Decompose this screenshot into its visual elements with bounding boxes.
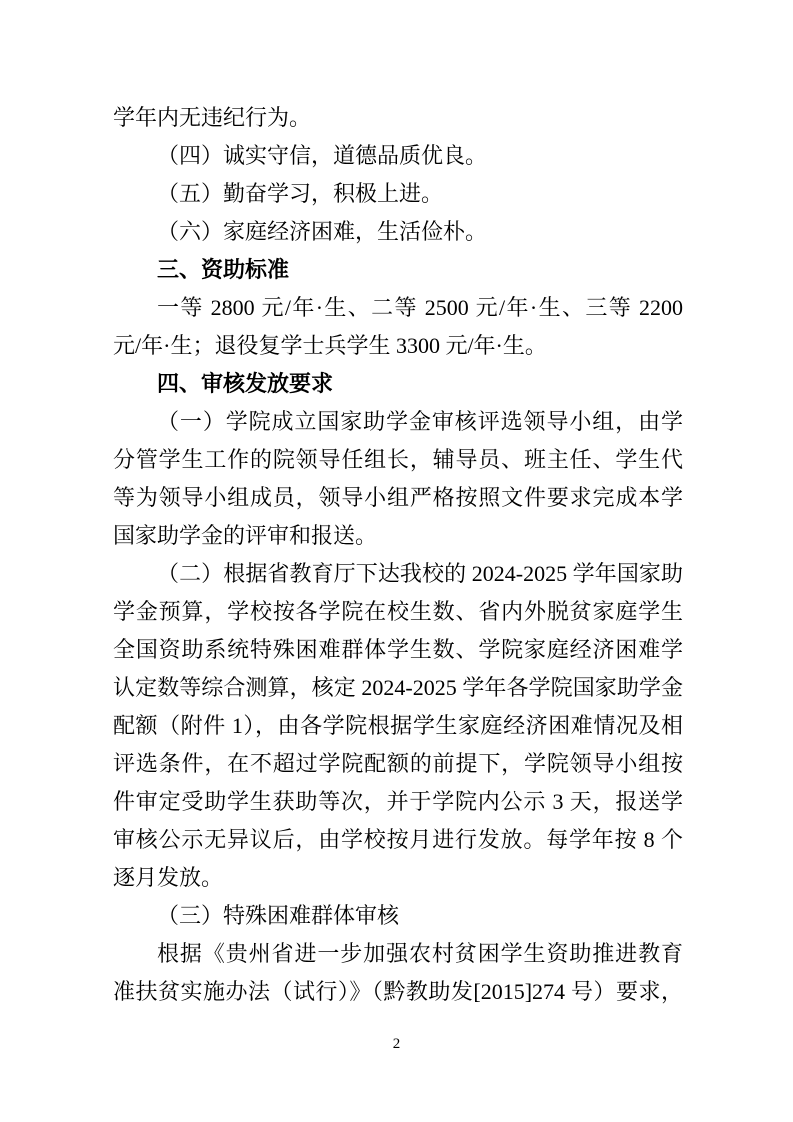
document-page-body: 学年内无违纪行为。 （四）诚实守信，道德品质优良。 （五）勤奋学习，积极上进。 …	[113, 99, 683, 1011]
text-line: （五）勤奋学习，积极上进。	[113, 175, 683, 213]
text-line: （四）诚实守信，道德品质优良。	[113, 137, 683, 175]
text-line: 元/年·生；退役复学士兵学生 3300 元/年·生。	[113, 327, 683, 365]
text-line: 全国资助系统特殊困难群体学生数、学院家庭经济困难学生	[113, 631, 683, 669]
page-number: 2	[0, 1034, 793, 1054]
text-line: 等为领导小组成员，领导小组严格按照文件要求完成本学院	[113, 479, 683, 517]
section-heading: 四、审核发放要求	[113, 365, 683, 403]
text-line: （一）学院成立国家助学金审核评选领导小组，由学院	[113, 403, 683, 441]
text-line: （二）根据省教育厅下达我校的 2024-2025 学年国家助	[113, 555, 683, 593]
text-line: 一等 2800 元/年·生、二等 2500 元/年·生、三等 2200	[113, 289, 683, 327]
text-line: （六）家庭经济困难，生活俭朴。	[113, 213, 683, 251]
text-line: 审核公示无异议后，由学校按月进行发放。每学年按 8 个月	[113, 821, 683, 859]
text-line: 准扶贫实施办法（试行）》（黔教助发[2015]274 号）要求，	[113, 973, 683, 1011]
text-line: 认定数等综合测算，核定 2024-2025 学年各学院国家助学金	[113, 669, 683, 707]
text-line: 分管学生工作的院领导任组长，辅导员、班主任、学生代表	[113, 441, 683, 479]
text-line: 逐月发放。	[113, 859, 683, 897]
text-line: 学金预算，学校按各学院在校生数、省内外脱贫家庭学生数、	[113, 593, 683, 631]
text-line: 根据《贵州省进一步加强农村贫困学生资助推进教育精	[113, 935, 683, 973]
section-heading: 三、资助标准	[113, 251, 683, 289]
text-line: 件审定受助学生获助等次，并于学院内公示 3 天，报送学校	[113, 783, 683, 821]
text-line: 学年内无违纪行为。	[113, 99, 683, 137]
text-line: （三）特殊困难群体审核	[113, 897, 683, 935]
text-line: 评选条件，在不超过学院配额的前提下，学院领导小组按条	[113, 745, 683, 783]
text-line: 配额（附件 1），由各学院根据学生家庭经济困难情况及相关	[113, 707, 683, 745]
text-line: 国家助学金的评审和报送。	[113, 517, 683, 555]
